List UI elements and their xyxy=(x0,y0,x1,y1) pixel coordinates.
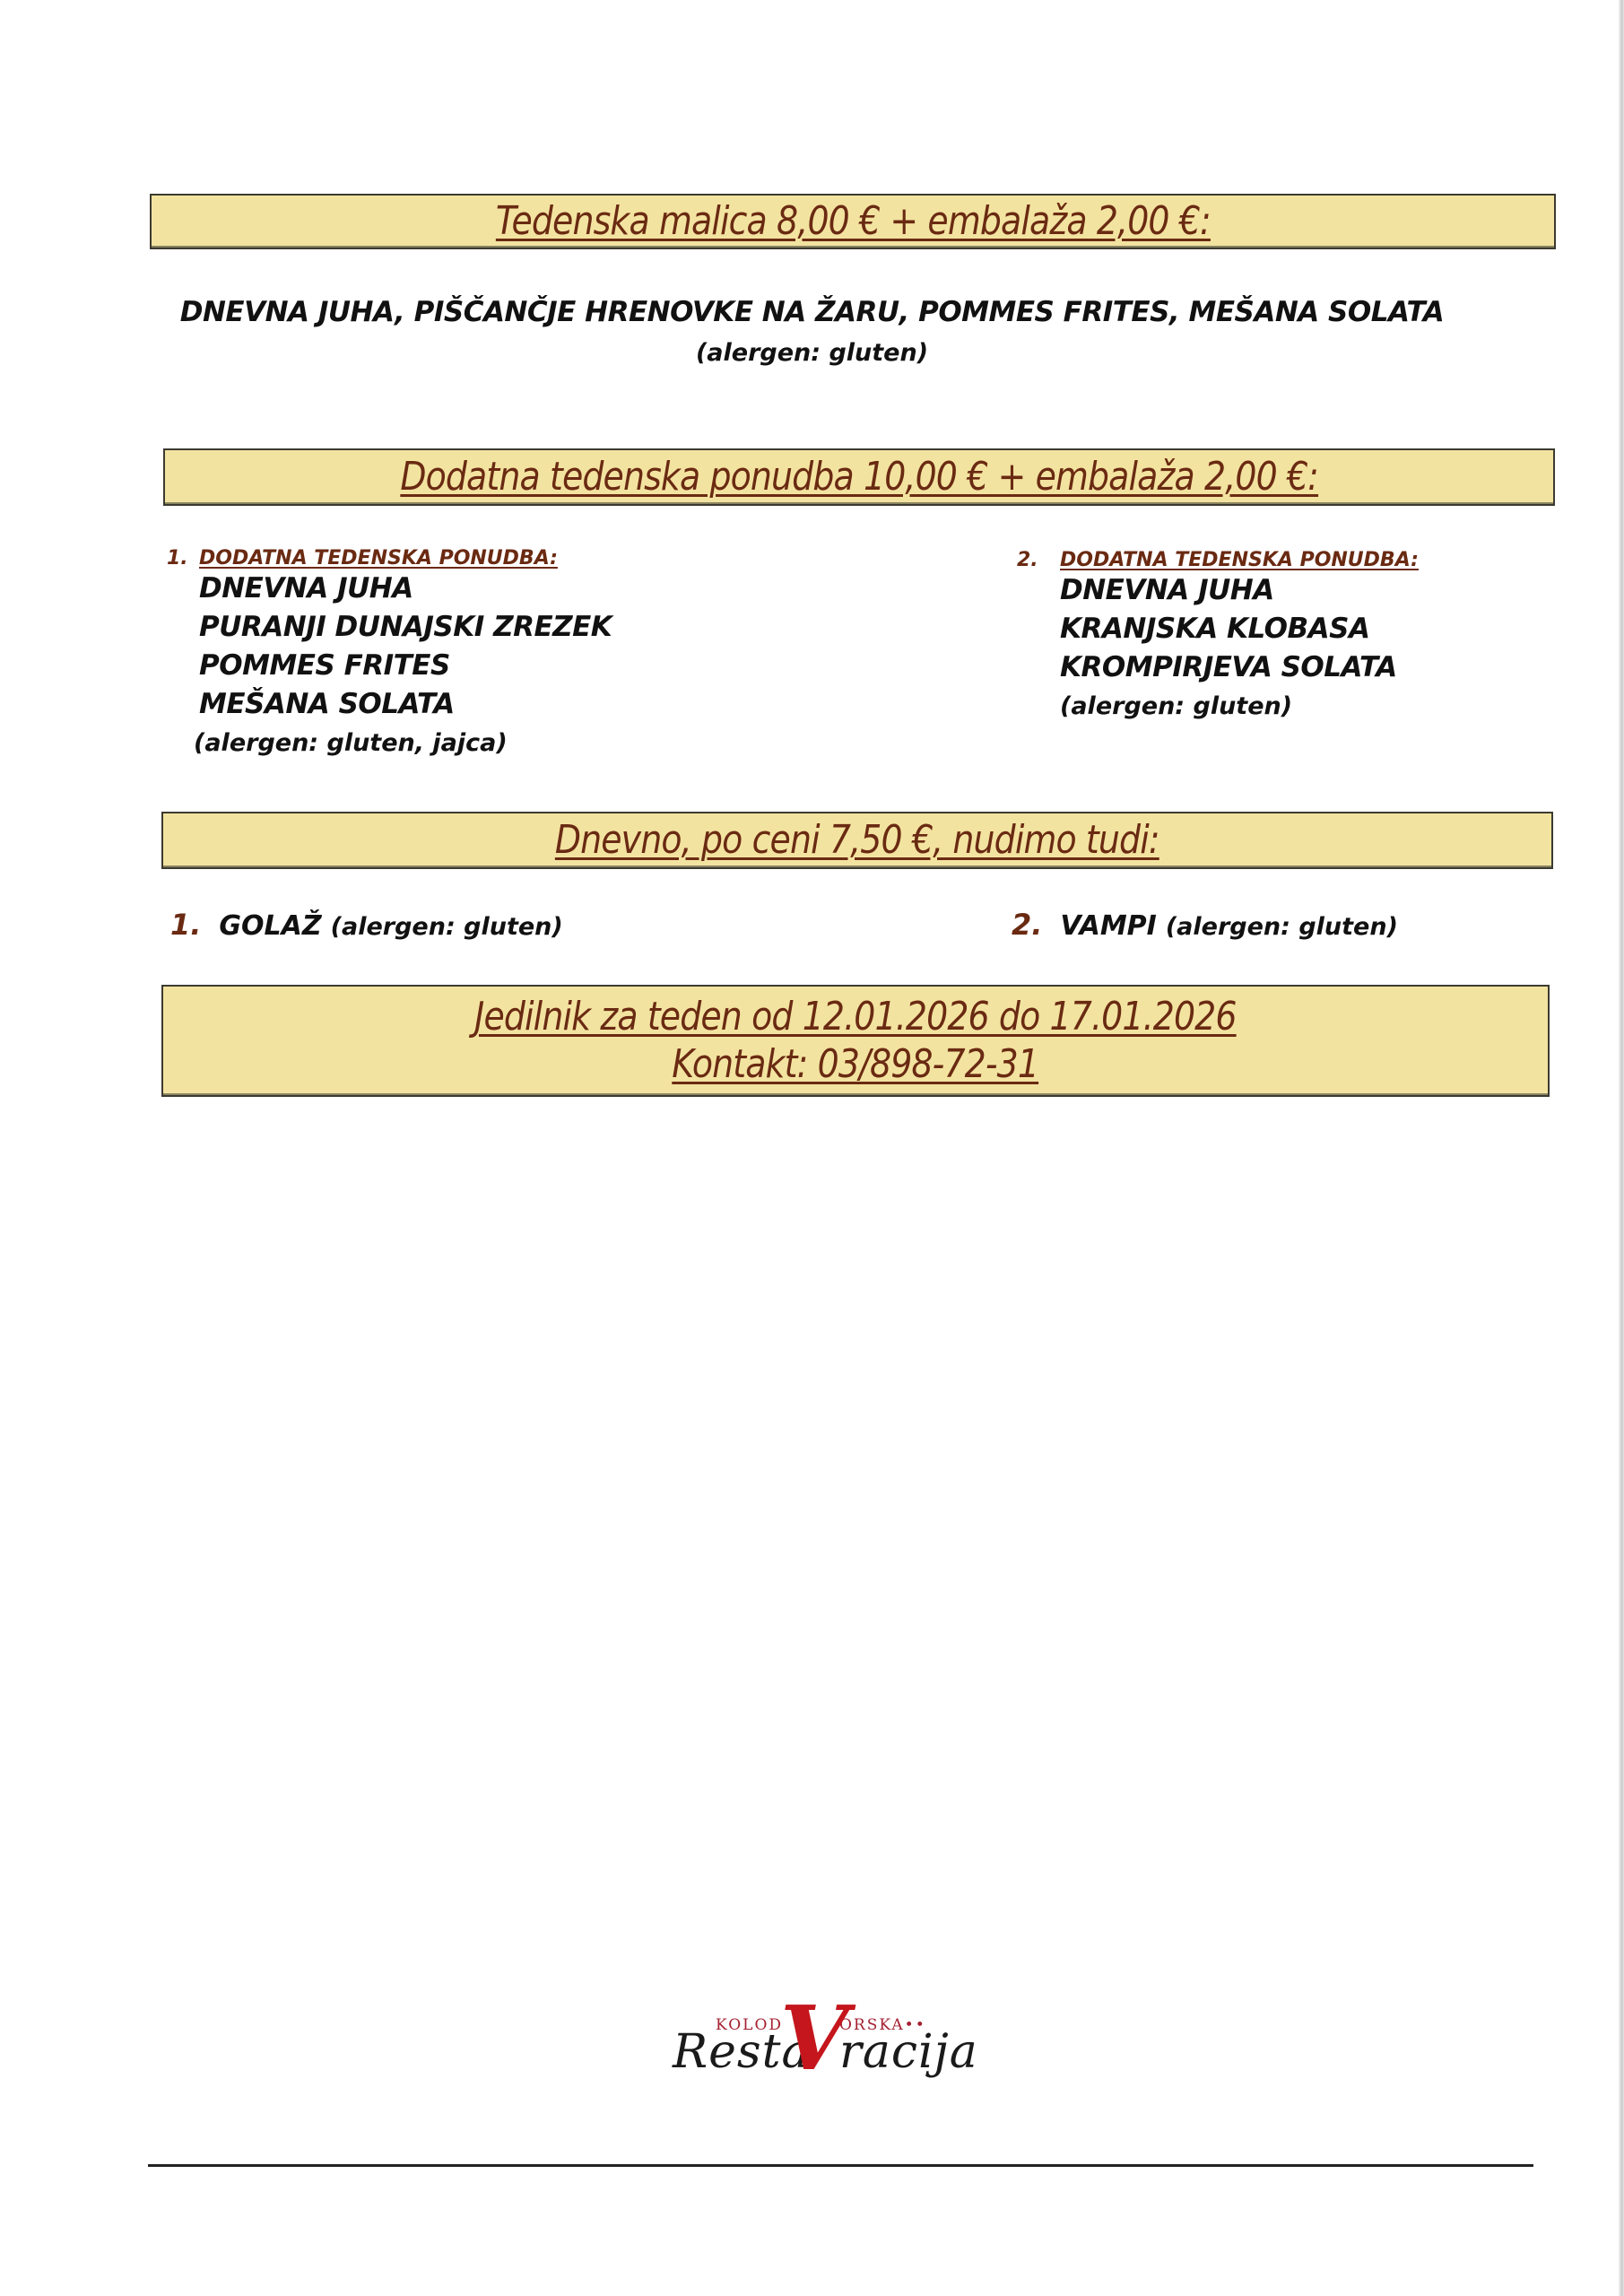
option-allergen: (alergen: gluten, jajca) xyxy=(194,724,612,762)
logo-text-right: racija xyxy=(839,2025,978,2079)
weekly-lunch-dish: DNEVNA JUHA, PIŠČANČJE HRENOVKE NA ŽARU,… xyxy=(0,296,1624,328)
daily-item-1: 1. GOLAŽ (alergen: gluten) xyxy=(170,908,563,942)
contact-text: Kontakt: 03/898-72-31 xyxy=(673,1041,1039,1089)
daily-item-number: 1. xyxy=(170,908,201,942)
option-item: PURANJI DUNAJSKI ZREZEK xyxy=(199,608,612,647)
option-number: 2. xyxy=(1017,549,1060,571)
additional-offer-option-1: 1. DODATNA TEDENSKA PONUDBA: DNEVNA JUHA… xyxy=(167,547,612,762)
weekly-lunch-allergen: (alergen: gluten) xyxy=(0,339,1624,367)
daily-item-name: GOLAŽ xyxy=(219,910,321,942)
weekly-lunch-title: Tedenska malica 8,00 € + embalaža 2,00 €… xyxy=(495,198,1210,246)
daily-item-number: 2. xyxy=(1012,908,1042,942)
logo-accent-letter: V xyxy=(780,1987,848,2091)
option-title: DODATNA TEDENSKA PONUDBA: xyxy=(199,547,558,570)
daily-item-2: 2. VAMPI (alergen: gluten) xyxy=(1012,908,1398,942)
restaurant-logo: KOLOD ORSKA•• Resta V racija xyxy=(664,1993,986,2092)
option-title: DODATNA TEDENSKA PONUDBA: xyxy=(1060,549,1419,571)
menu-period-text: Jedilnik za teden od 12.01.2026 do 17.01… xyxy=(474,994,1236,1041)
footer-divider xyxy=(148,2164,1533,2167)
option-number: 1. xyxy=(167,547,199,570)
option-item: KRANJSKA KLOBASA xyxy=(1060,610,1419,648)
option-item: DNEVNA JUHA xyxy=(1060,571,1419,610)
option-item: POMMES FRITES xyxy=(199,647,612,685)
menu-period-banner: Jedilnik za teden od 12.01.2026 do 17.01… xyxy=(161,985,1550,1097)
option-item: DNEVNA JUHA xyxy=(199,570,612,608)
weekly-lunch-banner: Tedenska malica 8,00 € + embalaža 2,00 €… xyxy=(150,194,1556,249)
option-item: MEŠANA SOLATA xyxy=(199,685,612,724)
option-allergen: (alergen: gluten) xyxy=(1060,687,1419,726)
additional-offer-banner: Dodatna tedenska ponudba 10,00 € + embal… xyxy=(163,448,1555,506)
additional-offer-option-2: 2. DODATNA TEDENSKA PONUDBA: DNEVNA JUHA… xyxy=(1017,549,1419,726)
daily-offer-title: Dnevno, po ceni 7,50 €, nudimo tudi: xyxy=(555,817,1159,865)
daily-item-allergen: (alergen: gluten) xyxy=(1166,913,1398,941)
additional-offer-title: Dodatna tedenska ponudba 10,00 € + embal… xyxy=(400,454,1318,501)
daily-offer-banner: Dnevno, po ceni 7,50 €, nudimo tudi: xyxy=(161,812,1553,869)
daily-item-name: VAMPI xyxy=(1060,910,1156,942)
daily-item-allergen: (alergen: gluten) xyxy=(331,913,563,941)
option-item: KROMPIRJEVA SOLATA xyxy=(1060,648,1419,687)
